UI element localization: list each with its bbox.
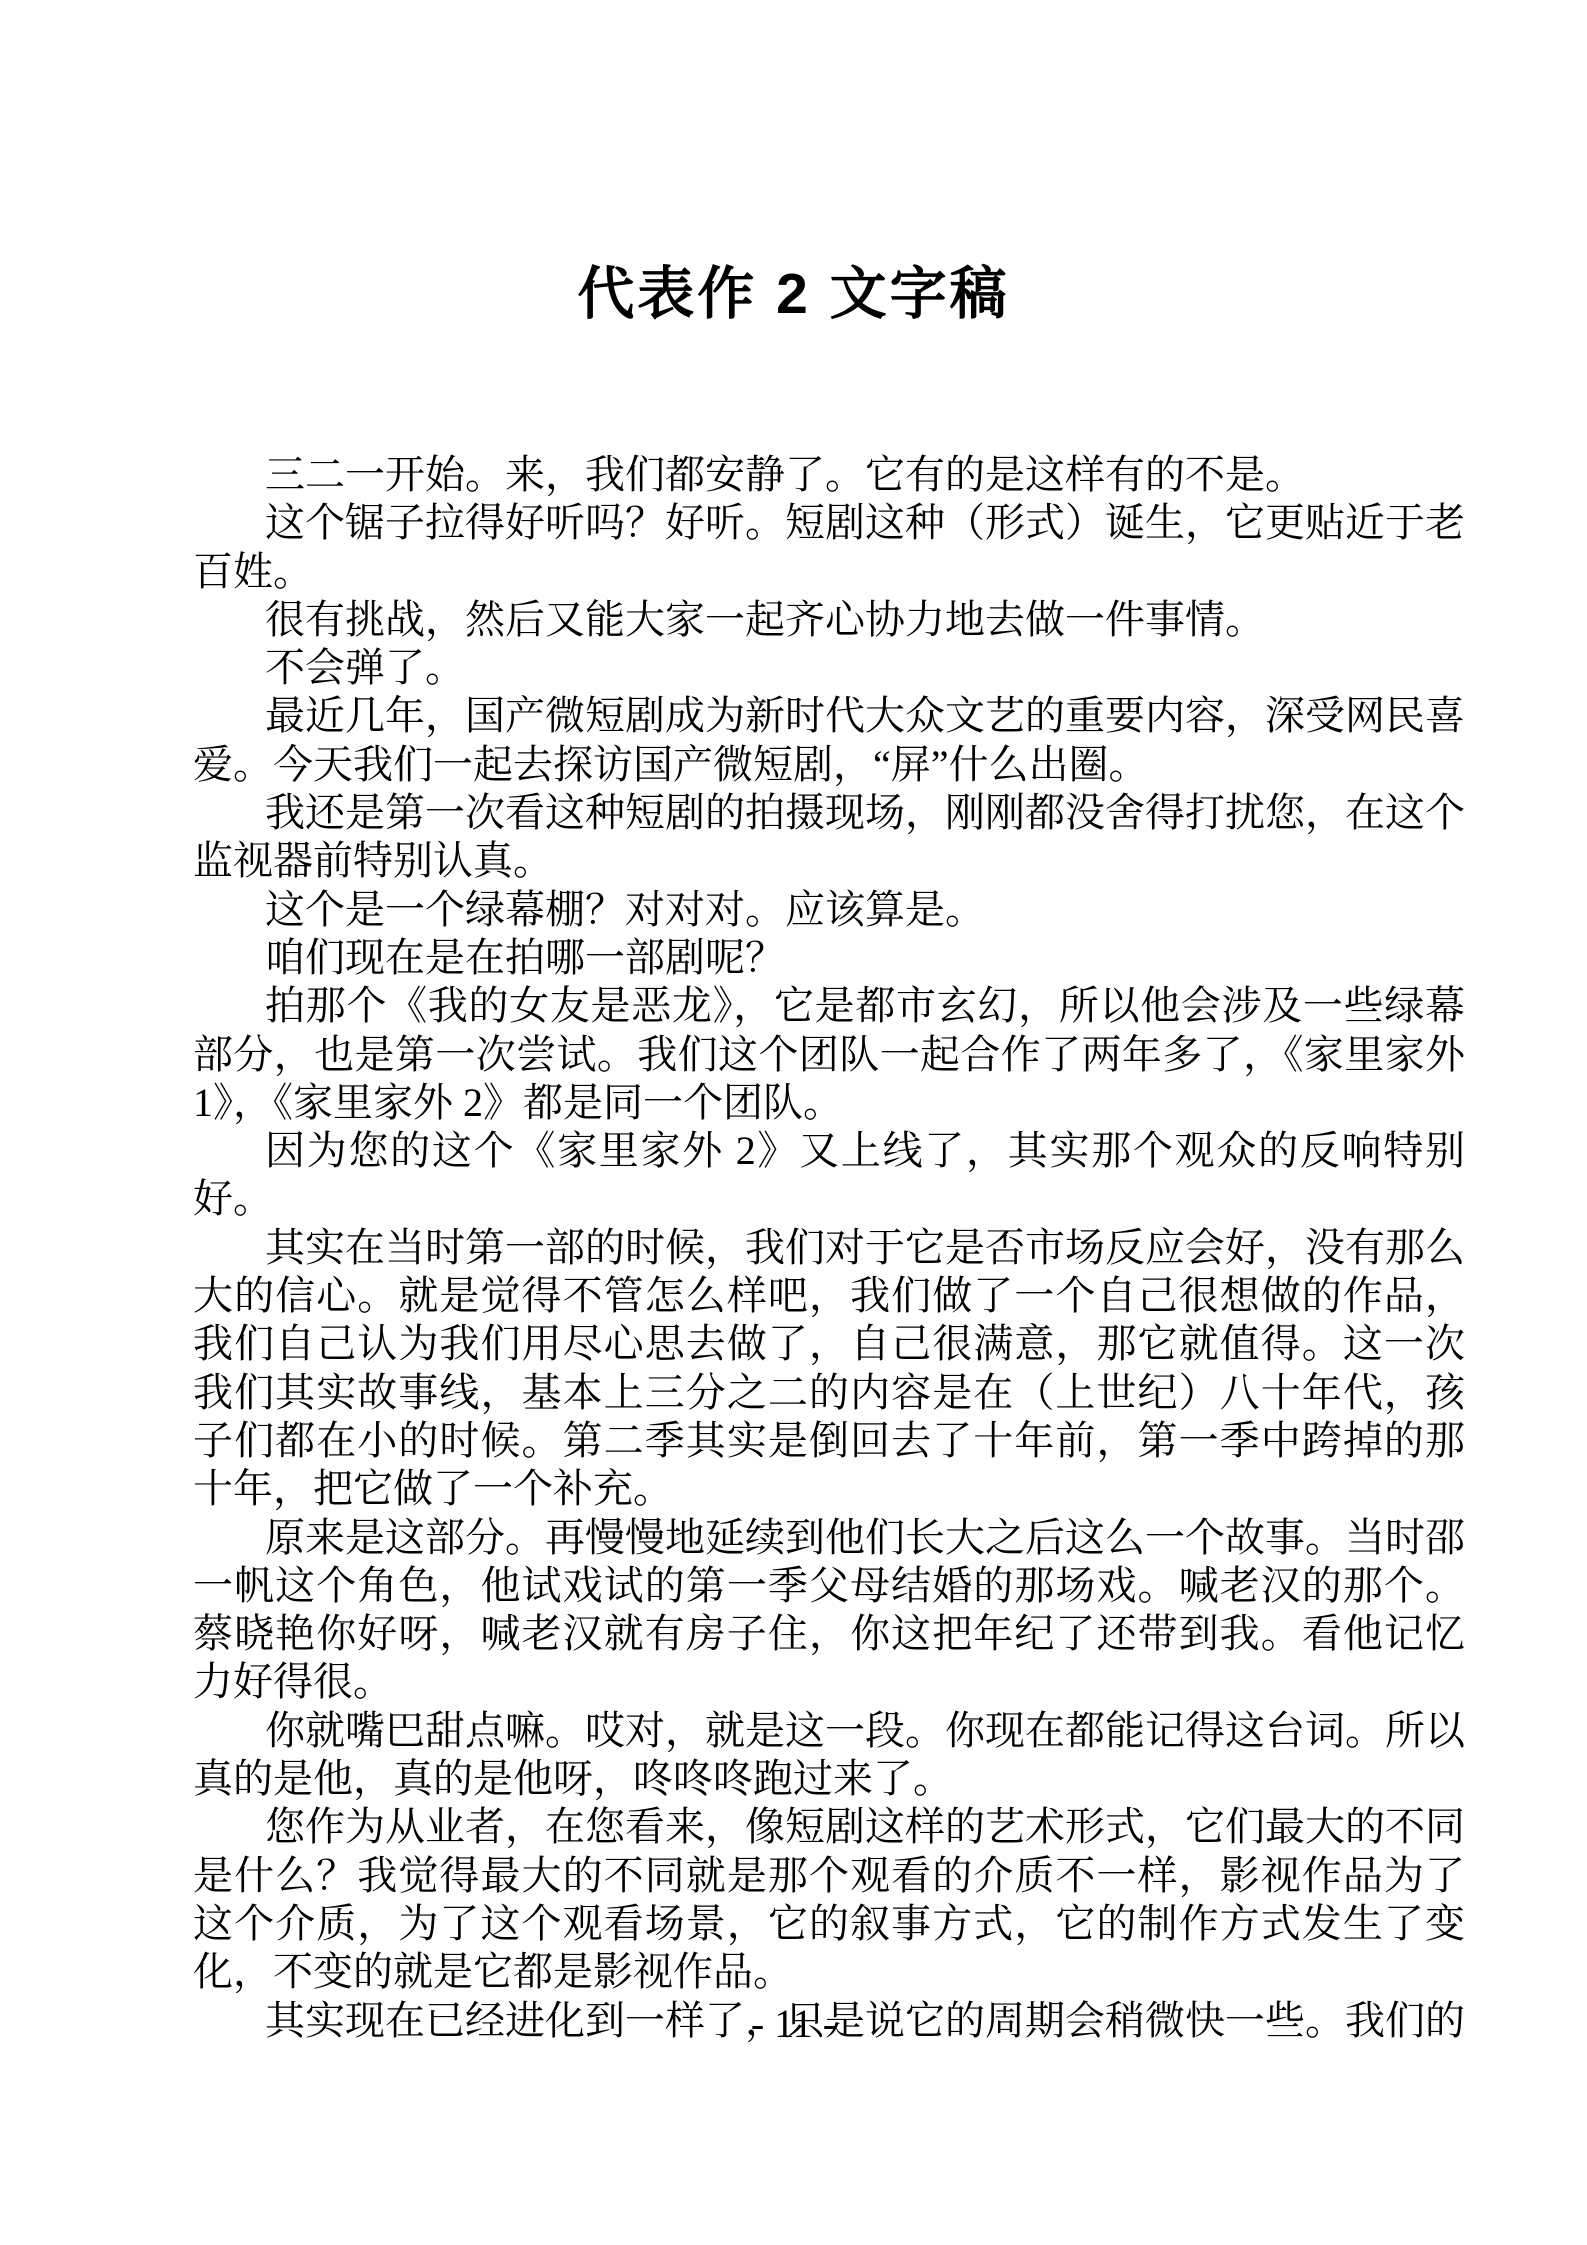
paragraph: 其实在当时第一部的时候，我们对于它是否市场反应会好，没有那么大的信心。就是觉得不… <box>193 1224 1465 1514</box>
paragraph: 拍那个《我的女友是恶龙》，它是都市玄幻，所以他会涉及一些绿幕部分，也是第一次尝试… <box>193 982 1465 1127</box>
paragraph: 三二一开始。来，我们都安静了。它有的是这样有的不是。 <box>193 451 1465 499</box>
paragraph: 这个是一个绿幕棚？对对对。应该算是。 <box>193 886 1465 934</box>
paragraph: 原来是这部分。再慢慢地延续到他们长大之后这么一个故事。当时邵一帆这个角色，他试戏… <box>193 1514 1465 1707</box>
document-page: 代表作 2 文字稿 三二一开始。来，我们都安静了。它有的是这样有的不是。这个锯子… <box>0 0 1587 2245</box>
paragraph: 我还是第一次看这种短剧的拍摄现场，刚刚都没舍得打扰您，在这个监视器前特别认真。 <box>193 789 1465 886</box>
paragraph: 这个锯子拉得好听吗？好听。短剧这种（形式）诞生，它更贴近于老百姓。 <box>193 499 1465 596</box>
paragraph: 不会弹了。 <box>193 644 1465 692</box>
paragraph: 咱们现在是在拍哪一部剧呢？ <box>193 934 1465 982</box>
paragraph: 很有挑战，然后又能大家一起齐心协力地去做一件事情。 <box>193 596 1465 644</box>
document-body: 三二一开始。来，我们都安静了。它有的是这样有的不是。这个锯子拉得好听吗？好听。短… <box>193 451 1465 2045</box>
page-number: - 11 - <box>0 2000 1587 2047</box>
document-title: 代表作 2 文字稿 <box>0 248 1587 330</box>
paragraph: 您作为从业者，在您看来，像短剧这样的艺术形式，它们最大的不同是什么？我觉得最大的… <box>193 1803 1465 1996</box>
paragraph: 因为您的这个《家里家外 2》又上线了，其实那个观众的反响特别好。 <box>193 1127 1465 1224</box>
paragraph: 最近几年，国产微短剧成为新时代大众文艺的重要内容，深受网民喜爱。今天我们一起去探… <box>193 692 1465 789</box>
paragraph: 你就嘴巴甜点嘛。哎对，就是这一段。你现在都能记得这台词。所以真的是他，真的是他呀… <box>193 1707 1465 1804</box>
